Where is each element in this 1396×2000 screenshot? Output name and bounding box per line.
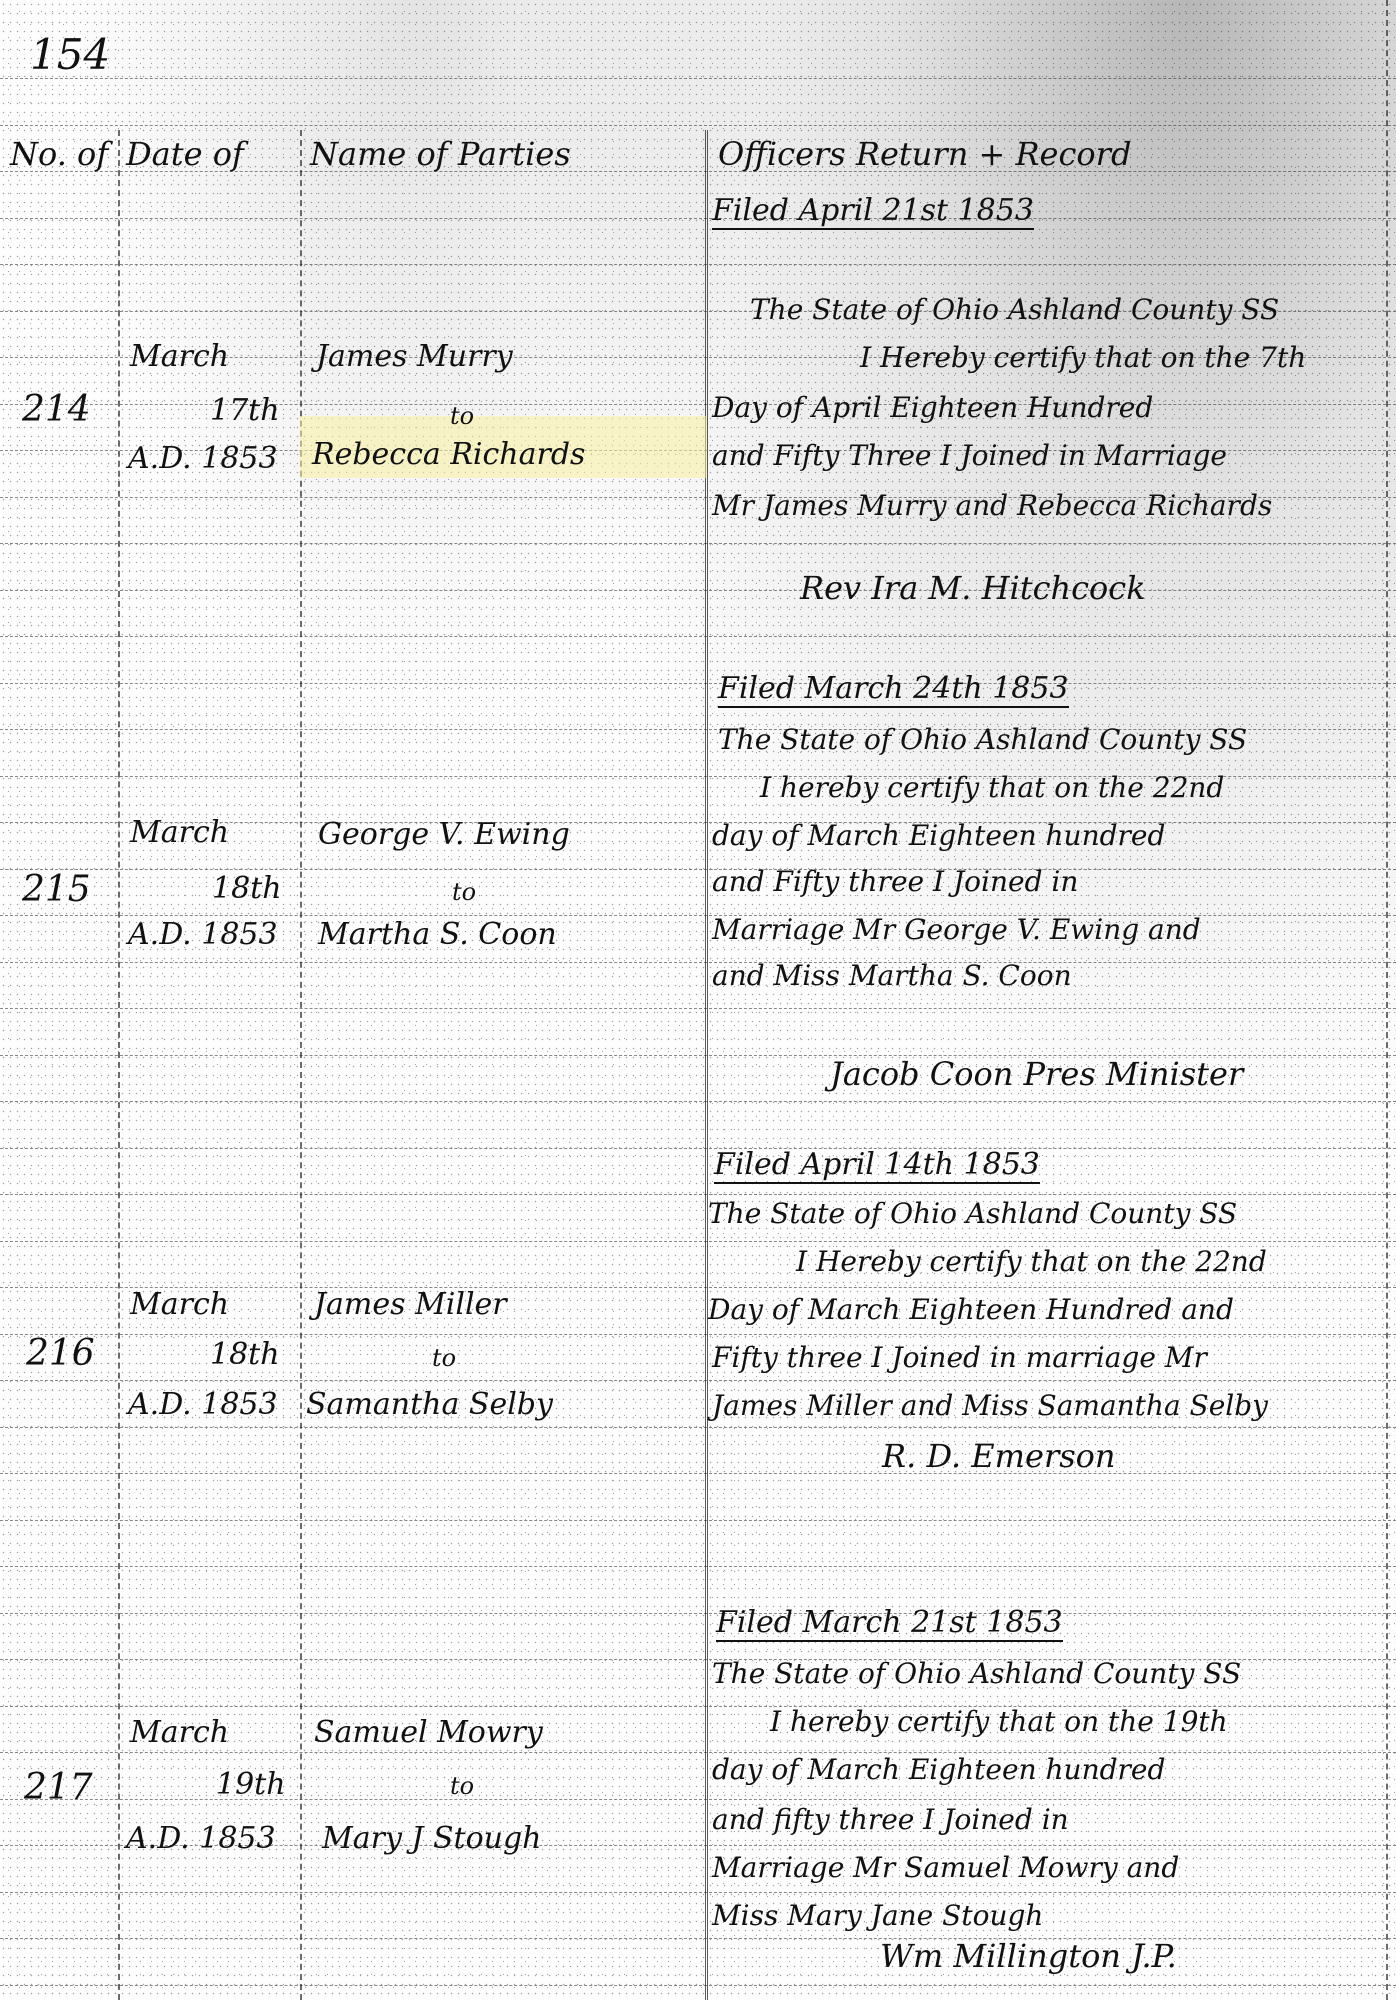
header-names: Name of Parties	[310, 138, 571, 170]
record-line: I Hereby certify that on the 7th	[860, 344, 1306, 372]
date-day: 19th	[216, 1770, 286, 1800]
record-line: The State of Ohio Ashland County SS	[708, 1200, 1237, 1228]
entry-number: 214	[22, 392, 91, 428]
record-line: I hereby certify that on the 22nd	[760, 774, 1224, 802]
connector-to: to	[450, 404, 474, 428]
record-line: and Miss Martha S. Coon	[712, 962, 1072, 990]
record-line: and Fifty Three I Joined in Marriage	[712, 442, 1227, 470]
groom-name: James Miller	[314, 1290, 507, 1320]
connector-to: to	[432, 1346, 456, 1370]
ruling-line	[0, 1752, 1396, 1753]
entry-number: 215	[22, 872, 91, 908]
ruling-line	[0, 1520, 1396, 1521]
filed-date: Filed March 21st 1853	[716, 1608, 1063, 1642]
page-right-edge	[1386, 0, 1388, 2000]
ruling-line	[0, 218, 1396, 219]
ruling-line	[0, 1938, 1396, 1939]
ruling-line	[0, 1380, 1396, 1381]
ruling-line	[0, 1566, 1396, 1567]
connector-to: to	[450, 1774, 474, 1798]
ruling-line	[0, 1613, 1396, 1614]
ruling-line	[0, 1008, 1396, 1009]
date-year: A.D. 1853	[128, 1390, 278, 1420]
entry-number: 216	[26, 1336, 95, 1372]
ruling-line	[0, 1985, 1396, 1986]
record-line: The State of Ohio Ashland County SS	[750, 296, 1279, 324]
ruling-line	[0, 1473, 1396, 1474]
filed-date: Filed April 21st 1853	[712, 196, 1034, 230]
bride-name: Samantha Selby	[306, 1390, 553, 1420]
page-number: 154	[30, 34, 110, 76]
groom-name: Samuel Mowry	[314, 1718, 543, 1748]
date-month: March	[130, 1718, 229, 1748]
record-line: The State of Ohio Ashland County SS	[718, 726, 1247, 754]
ruling-line	[0, 636, 1396, 637]
ruling-line	[0, 125, 1396, 126]
ruling-line	[0, 543, 1396, 544]
header-date: Date of	[126, 138, 244, 170]
ruling-line	[0, 1194, 1396, 1195]
date-month: March	[130, 342, 229, 372]
filed-date: Filed March 24th 1853	[718, 674, 1069, 708]
record-line: Mr James Murry and Rebecca Richards	[712, 492, 1272, 520]
column-divider-names	[705, 130, 708, 2000]
date-day: 18th	[210, 1340, 280, 1370]
date-day: 18th	[212, 874, 282, 904]
header-number: No. of	[10, 138, 108, 170]
filed-date: Filed April 14th 1853	[714, 1150, 1040, 1184]
ruling-line	[0, 962, 1396, 963]
date-month: March	[130, 818, 229, 848]
connector-to: to	[452, 880, 476, 904]
record-line: I Hereby certify that on the 22nd	[796, 1248, 1267, 1276]
ruling-line	[0, 78, 1396, 79]
officiant-signature: R. D. Emerson	[882, 1440, 1116, 1472]
record-line: James Miller and Miss Samantha Selby	[712, 1392, 1268, 1420]
ruling-line	[0, 264, 1396, 265]
bride-name: Rebecca Richards	[312, 440, 585, 470]
ruling-line	[0, 1101, 1396, 1102]
record-line: Fifty three I Joined in marriage Mr	[712, 1344, 1207, 1372]
ruling-line	[0, 1334, 1396, 1335]
ruling-line	[0, 1241, 1396, 1242]
date-month: March	[130, 1290, 229, 1320]
header-record: Officers Return + Record	[718, 138, 1131, 170]
officiant-signature: Wm Millington J.P.	[880, 1940, 1177, 1972]
ruling-line	[0, 683, 1396, 684]
record-line: day of March Eighteen hundred	[712, 822, 1165, 850]
record-line: Marriage Mr George V. Ewing and	[712, 916, 1201, 944]
date-day: 17th	[210, 396, 280, 426]
record-line: I hereby certify that on the 19th	[770, 1708, 1228, 1736]
register-page: 154 No. of Date of Name of Parties Offic…	[0, 0, 1396, 2000]
officiant-signature: Jacob Coon Pres Minister	[830, 1058, 1243, 1090]
groom-name: George V. Ewing	[318, 820, 570, 850]
record-line: Miss Mary Jane Stough	[712, 1902, 1043, 1930]
column-divider-date	[300, 130, 302, 2000]
column-divider-number	[118, 130, 120, 2000]
bride-name: Mary J Stough	[322, 1824, 542, 1854]
record-line: Day of April Eighteen Hundred	[712, 394, 1153, 422]
bride-name: Martha S. Coon	[318, 920, 557, 950]
date-year: A.D. 1853	[126, 1824, 276, 1854]
date-year: A.D. 1853	[128, 920, 278, 950]
date-year: A.D. 1853	[128, 444, 278, 474]
ruling-line	[0, 869, 1396, 870]
ruling-line	[0, 1427, 1396, 1428]
groom-name: James Murry	[316, 342, 513, 372]
record-line: The State of Ohio Ashland County SS	[712, 1660, 1241, 1688]
record-line: Day of March Eighteen Hundred and	[708, 1296, 1234, 1324]
record-line: day of March Eighteen hundred	[712, 1756, 1165, 1784]
ruling-line	[0, 1892, 1396, 1893]
officiant-signature: Rev Ira M. Hitchcock	[800, 572, 1146, 604]
ruling-line	[0, 1148, 1396, 1149]
ruling-line	[0, 1799, 1396, 1800]
ruling-line	[0, 590, 1396, 591]
entry-number: 217	[24, 1770, 93, 1806]
record-line: and Fifty three I Joined in	[712, 868, 1078, 896]
record-line: Marriage Mr Samuel Mowry and	[712, 1854, 1179, 1882]
record-line: and fifty three I Joined in	[712, 1806, 1069, 1834]
